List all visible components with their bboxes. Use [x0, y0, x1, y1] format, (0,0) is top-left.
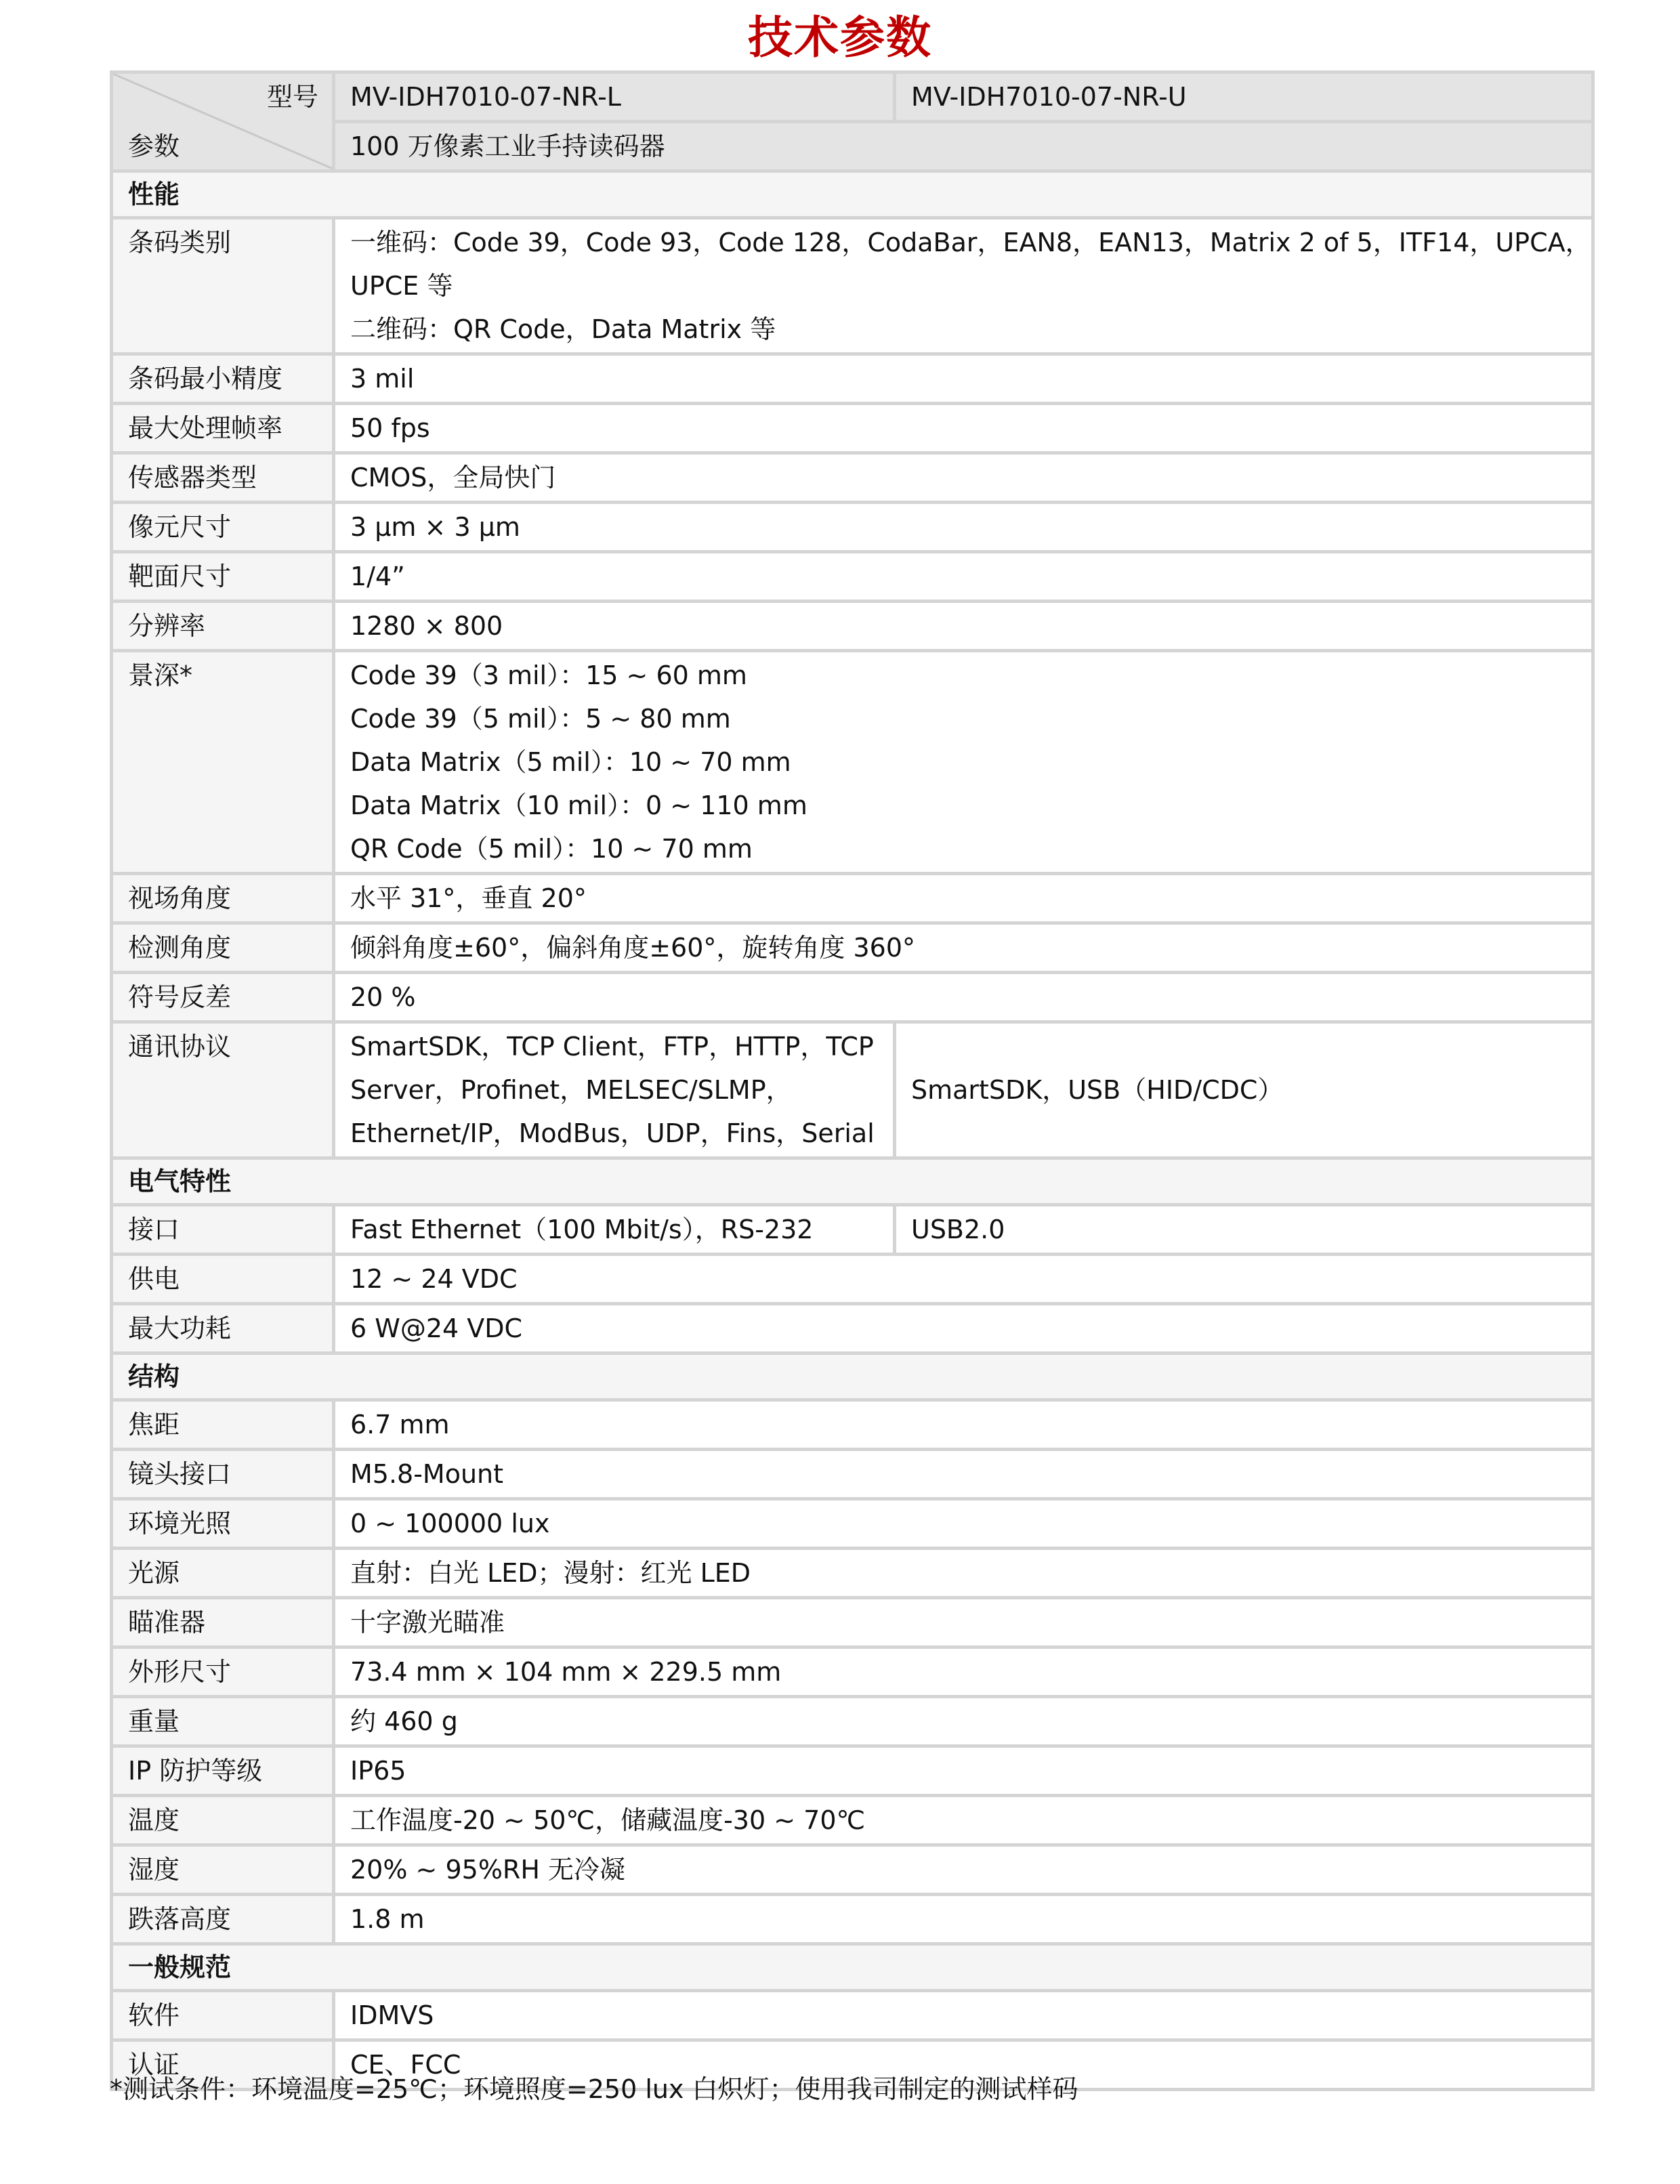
- table-row: 像元尺寸3 µm × 3 µm: [112, 503, 1593, 552]
- section-title: 性能: [112, 171, 1593, 218]
- row-value: 6.7 mm: [334, 1400, 1593, 1450]
- row-label: 供电: [112, 1255, 334, 1304]
- row-label: 湿度: [112, 1845, 334, 1895]
- row-value: Code 39（3 mil）：15 ~ 60 mm Code 39（5 mil）…: [334, 651, 1593, 874]
- row-value: 工作温度-20 ~ 50℃，储藏温度-30 ~ 70℃: [334, 1796, 1593, 1845]
- row-label: 检测角度: [112, 923, 334, 973]
- value-line: Server，Profinet，MELSEC/SLMP，: [350, 1068, 878, 1112]
- row-label: 分辨率: [112, 602, 334, 651]
- row-label: 环境光照: [112, 1499, 334, 1549]
- row-label: 跌落高度: [112, 1895, 334, 1944]
- row-value: 十字激光瞄准: [334, 1598, 1593, 1647]
- table-row: 传感器类型CMOS，全局快门: [112, 453, 1593, 503]
- row-value: 3 µm × 3 µm: [334, 503, 1593, 552]
- table-row: 跌落高度1.8 m: [112, 1895, 1593, 1944]
- table-row: 最大功耗6 W@24 VDC: [112, 1304, 1593, 1353]
- table-row: 湿度20% ~ 95%RH 无冷凝: [112, 1845, 1593, 1895]
- row-label: 像元尺寸: [112, 503, 334, 552]
- row-value-u: USB2.0: [895, 1205, 1593, 1255]
- section-title: 结构: [112, 1353, 1593, 1400]
- row-value-l: SmartSDK，TCP Client，FTP，HTTP，TCP Server，…: [334, 1022, 895, 1158]
- table-row: 瞄准器十字激光瞄准: [112, 1598, 1593, 1647]
- model-u: MV-IDH7010-07-NR-U: [895, 72, 1593, 122]
- table-row: 光源直射：白光 LED；漫射：红光 LED: [112, 1549, 1593, 1598]
- table-row: 景深* Code 39（3 mil）：15 ~ 60 mm Code 39（5 …: [112, 651, 1593, 874]
- row-label: IP 防护等级: [112, 1746, 334, 1796]
- row-value: 1280 × 800: [334, 602, 1593, 651]
- row-value: 1.8 m: [334, 1895, 1593, 1944]
- table-row: 软件IDMVS: [112, 1991, 1593, 2040]
- table-header-row: 型号 参数 MV-IDH7010-07-NR-L MV-IDH7010-07-N…: [112, 72, 1593, 122]
- row-label: 重量: [112, 1697, 334, 1746]
- row-value: 一维码：Code 39，Code 93，Code 128，CodaBar，EAN…: [334, 218, 1593, 354]
- row-value: 73.4 mm × 104 mm × 229.5 mm: [334, 1647, 1593, 1697]
- row-label: 景深*: [112, 651, 334, 874]
- spec-table: 型号 参数 MV-IDH7010-07-NR-L MV-IDH7010-07-N…: [110, 70, 1595, 2091]
- table-row: 靶面尺寸1/4”: [112, 552, 1593, 602]
- row-label: 光源: [112, 1549, 334, 1598]
- page-title: 技术参数: [0, 1, 1680, 66]
- row-value-u: SmartSDK，USB（HID/CDC）: [895, 1022, 1593, 1158]
- row-label: 传感器类型: [112, 453, 334, 503]
- table-row: 供电12 ~ 24 VDC: [112, 1255, 1593, 1304]
- table-row: 镜头接口M5.8-Mount: [112, 1450, 1593, 1499]
- table-row: 外形尺寸73.4 mm × 104 mm × 229.5 mm: [112, 1647, 1593, 1697]
- row-value: 水平 31°，垂直 20°: [334, 874, 1593, 923]
- model-label: 型号: [267, 75, 318, 119]
- value-line: Code 39（3 mil）：15 ~ 60 mm: [350, 654, 1576, 697]
- table-row: 条码最小精度3 mil: [112, 354, 1593, 404]
- row-label: 最大处理帧率: [112, 404, 334, 453]
- row-label: 温度: [112, 1796, 334, 1845]
- row-label: 符号反差: [112, 973, 334, 1022]
- row-label: 通讯协议: [112, 1022, 334, 1158]
- row-value: IP65: [334, 1746, 1593, 1796]
- row-value-l: Fast Ethernet（100 Mbit/s），RS-232: [334, 1205, 895, 1255]
- value-line: UPCE 等: [350, 264, 1576, 308]
- section-electrical: 电气特性: [112, 1158, 1593, 1205]
- row-value: CMOS，全局快门: [334, 453, 1593, 503]
- table-row: 条码类别 一维码：Code 39，Code 93，Code 128，CodaBa…: [112, 218, 1593, 354]
- row-label: 软件: [112, 1991, 334, 2040]
- row-label: 外形尺寸: [112, 1647, 334, 1697]
- row-value: 约 460 g: [334, 1697, 1593, 1746]
- param-label: 参数: [128, 125, 180, 168]
- section-structure: 结构: [112, 1353, 1593, 1400]
- section-general: 一般规范: [112, 1944, 1593, 1991]
- row-value: 6 W@24 VDC: [334, 1304, 1593, 1353]
- row-label: 最大功耗: [112, 1304, 334, 1353]
- value-line: SmartSDK，TCP Client，FTP，HTTP，TCP: [350, 1025, 878, 1068]
- section-performance: 性能: [112, 171, 1593, 218]
- table-row: 检测角度倾斜角度±60°，偏斜角度±60°，旋转角度 360°: [112, 923, 1593, 973]
- table-row: 符号反差20 %: [112, 973, 1593, 1022]
- table-row: 通讯协议 SmartSDK，TCP Client，FTP，HTTP，TCP Se…: [112, 1022, 1593, 1158]
- value-line: Data Matrix（5 mil）：10 ~ 70 mm: [350, 740, 1576, 784]
- row-value: 50 fps: [334, 404, 1593, 453]
- row-label: 条码最小精度: [112, 354, 334, 404]
- row-value: 倾斜角度±60°，偏斜角度±60°，旋转角度 360°: [334, 923, 1593, 973]
- table-row: 温度工作温度-20 ~ 50℃，储藏温度-30 ~ 70℃: [112, 1796, 1593, 1845]
- section-title: 一般规范: [112, 1944, 1593, 1991]
- footnote: *测试条件：环境温度=25℃；环境照度=250 lux 白炽灯；使用我司制定的测…: [110, 2067, 1078, 2111]
- row-label: 焦距: [112, 1400, 334, 1450]
- row-value: 1/4”: [334, 552, 1593, 602]
- table-row: 视场角度水平 31°，垂直 20°: [112, 874, 1593, 923]
- row-value: IDMVS: [334, 1991, 1593, 2040]
- value-line: QR Code（5 mil）：10 ~ 70 mm: [350, 827, 1576, 870]
- value-line: Data Matrix（10 mil）：0 ~ 110 mm: [350, 784, 1576, 827]
- row-value: 20% ~ 95%RH 无冷凝: [334, 1845, 1593, 1895]
- table-row: IP 防护等级IP65: [112, 1746, 1593, 1796]
- row-value: 12 ~ 24 VDC: [334, 1255, 1593, 1304]
- row-value: 3 mil: [334, 354, 1593, 404]
- row-value: 20 %: [334, 973, 1593, 1022]
- table-row: 最大处理帧率50 fps: [112, 404, 1593, 453]
- row-label: 瞄准器: [112, 1598, 334, 1647]
- table-row: 焦距6.7 mm: [112, 1400, 1593, 1450]
- diagonal-header-cell: 型号 参数: [112, 72, 334, 171]
- model-l: MV-IDH7010-07-NR-L: [334, 72, 895, 122]
- row-label: 接口: [112, 1205, 334, 1255]
- row-value: 直射：白光 LED；漫射：红光 LED: [334, 1549, 1593, 1598]
- row-value: 0 ~ 100000 lux: [334, 1499, 1593, 1549]
- table-row: 环境光照0 ~ 100000 lux: [112, 1499, 1593, 1549]
- row-label: 条码类别: [112, 218, 334, 354]
- table-row: 重量约 460 g: [112, 1697, 1593, 1746]
- value-line: 一维码：Code 39，Code 93，Code 128，CodaBar，EAN…: [350, 221, 1576, 264]
- table-row: 分辨率1280 × 800: [112, 602, 1593, 651]
- value-line: Code 39（5 mil）：5 ~ 80 mm: [350, 697, 1576, 740]
- product-description: 100 万像素工业手持读码器: [334, 122, 1593, 171]
- row-label: 视场角度: [112, 874, 334, 923]
- section-title: 电气特性: [112, 1158, 1593, 1205]
- row-label: 靶面尺寸: [112, 552, 334, 602]
- value-line: Ethernet/IP，ModBus，UDP，Fins，Serial: [350, 1112, 878, 1155]
- value-line: 二维码：QR Code，Data Matrix 等: [350, 308, 1576, 351]
- table-row: 接口Fast Ethernet（100 Mbit/s），RS-232USB2.0: [112, 1205, 1593, 1255]
- row-label: 镜头接口: [112, 1450, 334, 1499]
- row-value: M5.8-Mount: [334, 1450, 1593, 1499]
